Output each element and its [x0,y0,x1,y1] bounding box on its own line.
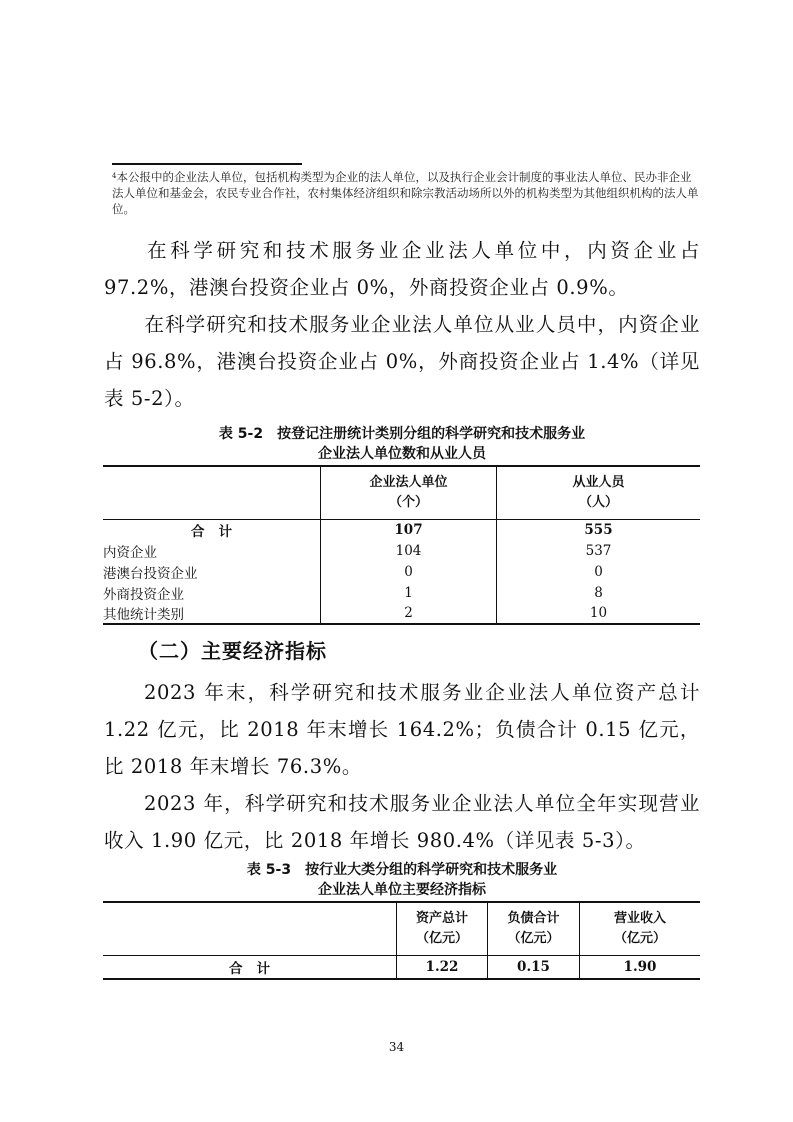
cell-units: 104 [321,540,497,561]
paragraph-employee-share: 在科学研究和技术服务业企业法人单位从业人员中，内资企业占 96.8%，港澳台投资… [104,306,700,417]
footnote-divider [112,163,302,165]
paragraph-unit-share: 在科学研究和技术服务业企业法人单位中，内资企业占 97.2%，港澳台投资企业占 … [104,232,700,306]
page-number: 34 [0,1040,793,1054]
table-row-total: 合计 107 555 [103,519,700,540]
paragraph-assets: 2023 年末，科学研究和技术服务业企业法人单位资产总计 1.22 亿元，比 2… [104,674,700,785]
section-heading: （二）主要经济指标 [138,636,327,666]
cell-assets: 1.22 [397,955,488,979]
table-title-line: 企业法人单位主要经济指标 [104,880,700,900]
header-label: 负债合计 [488,909,579,929]
table-row: 内资企业 104 537 [103,540,700,561]
footnote-marker: 4 [112,172,116,180]
table-5-2-title: 表 5-2 按登记注册统计类别分组的科学研究和技术服务业 企业法人单位数和从业人… [104,424,700,464]
paragraph-revenue: 2023 年，科学研究和技术服务业企业法人单位全年实现营业收入 1.90 亿元，… [104,785,700,859]
table-header-row: 企业法人单位（个） 从业人员（人） [103,466,700,519]
row-label: 合计 [103,519,321,540]
header-blank [103,902,397,955]
footnote-text: 本公报中的企业法人单位，包括机构类型为企业的法人单位，以及执行企业会计制度的事业… [112,170,699,216]
header-unit: （亿元） [488,929,579,949]
paragraph-text: 2023 年末，科学研究和技术服务业企业法人单位资产总计 1.22 亿元，比 2… [104,681,700,778]
row-label: 合计 [103,955,397,979]
footnote: 4本公报中的企业法人单位，包括机构类型为企业的法人单位，以及执行企业会计制度的事… [112,169,700,217]
header-unit: （亿元） [397,929,487,949]
header-label: 营业收入 [580,909,700,929]
paragraph-text: 在科学研究和技术服务业企业法人单位从业人员中，内资企业占 96.8%，港澳台投资… [104,313,700,410]
cell-units: 1 [321,582,497,603]
paragraph-text: 在科学研究和技术服务业企业法人单位中，内资企业占 97.2%，港澳台投资企业占 … [104,239,700,299]
cell-employees: 10 [497,603,701,624]
cell-units: 107 [321,519,497,540]
table-title-line: 表 5-3 按行业大类分组的科学研究和技术服务业 [104,860,700,880]
table-title-line: 企业法人单位数和从业人员 [104,444,700,464]
header-unit: （亿元） [580,929,700,949]
table-title-line: 表 5-2 按登记注册统计类别分组的科学研究和技术服务业 [104,424,700,444]
cell-employees: 537 [497,540,701,561]
table-5-3-title: 表 5-3 按行业大类分组的科学研究和技术服务业 企业法人单位主要经济指标 [104,860,700,900]
header-revenue: 营业收入（亿元） [580,902,701,955]
table-5-2: 企业法人单位（个） 从业人员（人） 合计 107 555 内资企业 104 53… [103,465,700,625]
header-label: 从业人员 [497,473,700,493]
header-units: 企业法人单位（个） [321,466,497,519]
header-blank [103,466,321,519]
table-5-3: 资产总计（亿元） 负债合计（亿元） 营业收入（亿元） 合计 1.22 0.15 … [103,901,700,980]
cell-units: 2 [321,603,497,624]
header-unit: （人） [497,493,700,513]
header-label: 企业法人单位 [321,473,496,493]
row-label: 外商投资企业 [103,582,321,603]
table-row: 外商投资企业 1 8 [103,582,700,603]
cell-revenue: 1.90 [580,955,701,979]
paragraph-text: 2023 年，科学研究和技术服务业企业法人单位全年实现营业收入 1.90 亿元，… [104,792,700,852]
header-employees: 从业人员（人） [497,466,701,519]
cell-employees: 0 [497,561,701,582]
row-label: 内资企业 [103,540,321,561]
header-assets: 资产总计（亿元） [397,902,488,955]
row-label: 其他统计类别 [103,603,321,624]
table-row-total: 合计 1.22 0.15 1.90 [103,955,700,979]
cell-units: 0 [321,561,497,582]
cell-employees: 555 [497,519,701,540]
header-liabilities: 负债合计（亿元） [488,902,580,955]
cell-employees: 8 [497,582,701,603]
header-unit: （个） [321,493,496,513]
table-header-row: 资产总计（亿元） 负债合计（亿元） 营业收入（亿元） [103,902,700,955]
table-row: 港澳台投资企业 0 0 [103,561,700,582]
table-row: 其他统计类别 2 10 [103,603,700,624]
cell-liabilities: 0.15 [488,955,580,979]
document-page: 4本公报中的企业法人单位，包括机构类型为企业的法人单位，以及执行企业会计制度的事… [0,0,793,1122]
row-label: 港澳台投资企业 [103,561,321,582]
header-label: 资产总计 [397,909,487,929]
